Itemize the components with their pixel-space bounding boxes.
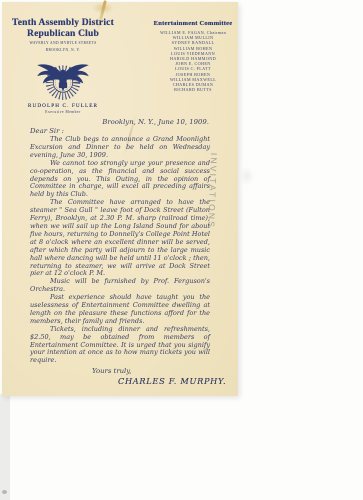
officer-name: RUDOLPH C. FULLER	[4, 103, 122, 109]
dateline: Brooklyn, N. Y., June 10, 1909.	[30, 118, 209, 126]
club-address-line1: WAVERLY AND MYRTLE STREETS	[4, 41, 122, 46]
club-address-line2: BROOKLYN, N. Y.	[4, 48, 122, 53]
letter-paragraphs: The Club begs to announce a Grand Moonli…	[30, 136, 210, 365]
letter-paragraph: We cannot too strongly urge your presenc…	[30, 160, 210, 200]
scanner-background-strip	[0, 394, 10, 500]
club-letterhead: Tenth Assembly District Republican Club …	[4, 18, 122, 114]
club-title-line2: Republican Club	[4, 29, 122, 40]
paper-edge-shadow	[240, 166, 254, 186]
letter-paragraph: Past experience should have taught you t…	[30, 294, 210, 326]
club-title-line1: Tenth Assembly District	[4, 18, 122, 29]
committee-heading: Entertainment Committee	[148, 20, 238, 27]
committee-member: RICHARD BUTTS	[148, 87, 238, 92]
signature: CHARLES F. MURPHY.	[118, 376, 210, 386]
closing: Yours truly,	[92, 367, 210, 375]
letter-paragraph: The Club begs to announce a Grand Moonli…	[30, 136, 210, 160]
letter-paragraph: Music will be furnished by Prof. Ferguso…	[30, 278, 210, 294]
letter-paragraph: The Committee have arranged to have the …	[30, 199, 210, 278]
letter-body: The Club begs to announce a Grand Moonli…	[30, 136, 210, 386]
scan-speck	[2, 490, 7, 494]
officer-title: Executive Member	[4, 110, 122, 114]
letter-paragraph: Tickets, including dinner and refreshmen…	[30, 326, 210, 366]
salutation: Dear Sir :	[30, 127, 64, 135]
scanned-letter-page: Tenth Assembly District Republican Club …	[0, 0, 363, 500]
committee-member-list: WILLIAM E. FAGAN, ChairmanWILLIAM MULLIN…	[148, 30, 238, 92]
entertainment-committee-block: Entertainment Committee WILLIAM E. FAGAN…	[148, 20, 238, 92]
eagle-sunburst-icon	[33, 55, 93, 101]
